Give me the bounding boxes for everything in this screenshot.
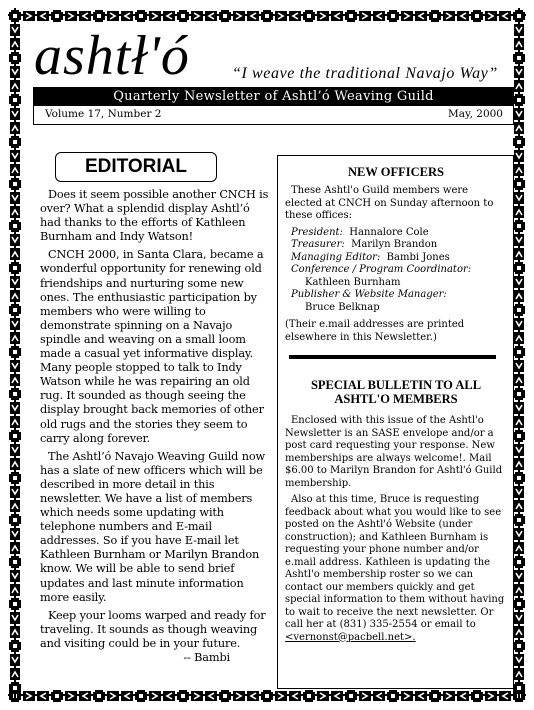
border-motif-icon — [512, 456, 526, 470]
border-motif-icon — [512, 498, 526, 512]
border-motif-icon — [512, 64, 526, 78]
border-motif-icon — [344, 8, 358, 22]
border-motif-icon — [512, 484, 526, 498]
border-motif-icon — [8, 624, 22, 638]
border-motif-icon — [232, 688, 246, 702]
border-motif-icon — [190, 8, 204, 22]
editorial-paragraph: The Ashtl’ó Navajo Weaving Guild now has… — [40, 450, 270, 605]
border-motif-icon — [8, 8, 22, 22]
border-motif-icon — [36, 8, 50, 22]
bulletin-section: SPECIAL BULLETIN TO ALL ASHTL'O MEMBERS … — [285, 378, 507, 648]
border-motif-icon — [372, 8, 386, 22]
border-motif-icon — [148, 8, 162, 22]
border-motif-icon — [134, 688, 148, 702]
new-officers-section: NEW OFFICERS These Ashtl'o Guild members… — [285, 165, 507, 344]
border-motif-icon — [274, 8, 288, 22]
border-motif-icon — [512, 652, 526, 666]
section-divider — [289, 355, 496, 359]
border-motif-icon — [512, 92, 526, 106]
border-motif-icon — [246, 8, 260, 22]
border-motif-icon — [512, 316, 526, 330]
border-motif-icon — [64, 688, 78, 702]
border-motif-icon — [512, 666, 526, 680]
border-motif-icon — [512, 470, 526, 484]
newsletter-title: ashtł'ó — [34, 28, 190, 84]
border-motif-icon — [512, 582, 526, 596]
border-motif-icon — [120, 8, 134, 22]
border-motif-icon — [218, 688, 232, 702]
border-motif-icon — [8, 246, 22, 260]
border-motif-icon — [512, 204, 526, 218]
border-motif-icon — [358, 688, 372, 702]
editorial-heading: EDITORIAL — [55, 152, 217, 182]
border-motif-icon — [316, 688, 330, 702]
issue-info: Volume 17, Number 2 May, 2000 — [33, 106, 514, 125]
border-motif-icon — [330, 688, 344, 702]
border-motif-icon — [218, 8, 232, 22]
border-motif-icon — [414, 8, 428, 22]
border-motif-icon — [512, 302, 526, 316]
border-motif-icon — [512, 638, 526, 652]
border-motif-icon — [512, 512, 526, 526]
border-motif-icon — [512, 610, 526, 624]
new-officers-heading: NEW OFFICERS — [285, 165, 507, 179]
email-link[interactable]: <vernonst@pacbell.net>. — [285, 632, 416, 643]
border-motif-icon — [8, 652, 22, 666]
border-motif-icon — [414, 688, 428, 702]
border-motif-icon — [8, 358, 22, 372]
border-motif-icon — [8, 36, 22, 50]
border-motif-icon — [386, 8, 400, 22]
border-motif-icon — [428, 8, 442, 22]
border-motif-icon — [512, 526, 526, 540]
border-motif-icon — [512, 50, 526, 64]
border-motif-icon — [8, 540, 22, 554]
border-motif-icon — [302, 8, 316, 22]
officer-list: President: Hannalore Cole Treasurer: Mar… — [291, 227, 507, 315]
border-motif-icon — [8, 204, 22, 218]
border-motif-icon — [8, 456, 22, 470]
border-motif-icon — [372, 688, 386, 702]
border-motif-icon — [512, 554, 526, 568]
border-motif-icon — [8, 666, 22, 680]
border-motif-icon — [106, 688, 120, 702]
officer-item: Conference / Program Coordinator:Kathlee… — [291, 264, 507, 289]
border-motif-icon — [512, 22, 526, 36]
border-motif-icon — [484, 8, 498, 22]
border-motif-icon — [512, 372, 526, 386]
border-motif-icon — [22, 8, 36, 22]
border-motif-icon — [512, 344, 526, 358]
border-motif-icon — [512, 400, 526, 414]
border-motif-icon — [176, 688, 190, 702]
border-motif-icon — [8, 260, 22, 274]
border-motif-icon — [498, 8, 512, 22]
border-motif-icon — [134, 8, 148, 22]
border-motif-icon — [50, 688, 64, 702]
border-motif-icon — [8, 414, 22, 428]
border-motif-icon — [8, 64, 22, 78]
officer-item: President: Hannalore Cole — [291, 227, 507, 240]
border-motif-icon — [512, 218, 526, 232]
border-motif-icon — [8, 638, 22, 652]
border-motif-icon — [8, 22, 22, 36]
officer-item: Treasurer: Marilyn Brandon — [291, 239, 507, 252]
editorial-paragraph: Does it seem possible another CNCH is ov… — [40, 188, 270, 244]
border-motif-icon — [512, 358, 526, 372]
border-motif-icon — [120, 688, 134, 702]
border-motif-icon — [176, 8, 190, 22]
border-motif-icon — [512, 78, 526, 92]
border-motif-icon — [512, 246, 526, 260]
border-motif-icon — [8, 302, 22, 316]
border-motif-icon — [288, 688, 302, 702]
bulletin-paragraph: Also at this time, Bruce is requesting f… — [285, 494, 507, 644]
border-motif-icon — [8, 568, 22, 582]
border-motif-icon — [8, 386, 22, 400]
border-motif-icon — [302, 688, 316, 702]
border-motif-icon — [204, 8, 218, 22]
border-motif-icon — [8, 680, 22, 694]
border-motif-icon — [8, 400, 22, 414]
border-motif-icon — [330, 8, 344, 22]
border-motif-icon — [428, 688, 442, 702]
border-motif-icon — [512, 36, 526, 50]
border-motif-icon — [162, 688, 176, 702]
border-motif-icon — [8, 330, 22, 344]
border-motif-icon — [498, 688, 512, 702]
border-motif-icon — [8, 484, 22, 498]
border-motif-icon — [512, 428, 526, 442]
border-motif-icon — [274, 688, 288, 702]
border-motif-icon — [400, 688, 414, 702]
border-motif-icon — [8, 218, 22, 232]
border-motif-icon — [8, 274, 22, 288]
border-motif-icon — [8, 134, 22, 148]
border-motif-icon — [442, 688, 456, 702]
border-motif-icon — [8, 316, 22, 330]
border-motif-icon — [92, 688, 106, 702]
border-motif-icon — [8, 610, 22, 624]
border-motif-icon — [512, 386, 526, 400]
border-motif-icon — [8, 344, 22, 358]
border-motif-icon — [512, 232, 526, 246]
border-motif-icon — [470, 688, 484, 702]
new-officers-note: (Their e.mail addresses are printed else… — [285, 319, 507, 344]
border-motif-icon — [8, 526, 22, 540]
border-motif-icon — [92, 8, 106, 22]
border-motif-icon — [8, 582, 22, 596]
border-motif-icon — [316, 8, 330, 22]
border-motif-icon — [8, 120, 22, 134]
border-motif-icon — [8, 50, 22, 64]
border-motif-icon — [470, 8, 484, 22]
border-motif-icon — [8, 176, 22, 190]
border-motif-icon — [512, 8, 526, 22]
border-motif-icon — [148, 688, 162, 702]
border-motif-icon — [512, 442, 526, 456]
top-border — [8, 8, 526, 22]
border-motif-icon — [162, 8, 176, 22]
border-motif-icon — [8, 512, 22, 526]
border-motif-icon — [484, 688, 498, 702]
border-motif-icon — [8, 78, 22, 92]
border-motif-icon — [386, 688, 400, 702]
border-motif-icon — [78, 8, 92, 22]
border-motif-icon — [190, 688, 204, 702]
border-motif-icon — [8, 596, 22, 610]
border-motif-icon — [260, 8, 274, 22]
border-motif-icon — [36, 688, 50, 702]
border-motif-icon — [512, 162, 526, 176]
border-motif-icon — [78, 688, 92, 702]
border-motif-icon — [456, 8, 470, 22]
border-motif-icon — [288, 8, 302, 22]
border-motif-icon — [8, 288, 22, 302]
border-motif-icon — [8, 148, 22, 162]
border-motif-icon — [22, 688, 36, 702]
border-motif-icon — [512, 624, 526, 638]
bulletin-heading: SPECIAL BULLETIN TO ALL ASHTL'O MEMBERS — [285, 378, 507, 406]
border-motif-icon — [512, 288, 526, 302]
left-border — [8, 8, 22, 702]
border-motif-icon — [512, 274, 526, 288]
border-motif-icon — [512, 148, 526, 162]
border-motif-icon — [512, 330, 526, 344]
border-motif-icon — [512, 540, 526, 554]
border-motif-icon — [8, 106, 22, 120]
border-motif-icon — [8, 498, 22, 512]
bottom-border — [8, 688, 526, 702]
editorial-signature: -- Bambi — [40, 651, 270, 665]
border-motif-icon — [8, 554, 22, 568]
border-motif-icon — [358, 8, 372, 22]
border-motif-icon — [512, 176, 526, 190]
border-motif-icon — [400, 8, 414, 22]
border-motif-icon — [456, 688, 470, 702]
border-motif-icon — [442, 8, 456, 22]
border-motif-icon — [8, 190, 22, 204]
bulletin-paragraph: Enclosed with this issue of the Ashtl'o … — [285, 415, 507, 490]
border-motif-icon — [8, 442, 22, 456]
editorial-paragraph: CNCH 2000, in Santa Clara, became a wond… — [40, 248, 270, 445]
subtitle-bar: Quarterly Newsletter of Ashtl’ó Weaving … — [33, 87, 514, 106]
border-motif-icon — [512, 260, 526, 274]
border-motif-icon — [512, 190, 526, 204]
editorial-body: Does it seem possible another CNCH is ov… — [40, 188, 270, 665]
border-motif-icon — [8, 162, 22, 176]
right-border — [512, 8, 526, 702]
issue-date: May, 2000 — [448, 106, 503, 123]
border-motif-icon — [50, 8, 64, 22]
officer-item: Managing Editor: Bambi Jones — [291, 252, 507, 265]
border-motif-icon — [512, 120, 526, 134]
border-motif-icon — [106, 8, 120, 22]
border-motif-icon — [512, 568, 526, 582]
border-motif-icon — [232, 8, 246, 22]
border-motif-icon — [512, 106, 526, 120]
border-motif-icon — [8, 372, 22, 386]
editorial-paragraph: Keep your looms warped and ready for tra… — [40, 609, 270, 651]
volume-number: Volume 17, Number 2 — [45, 106, 161, 123]
border-motif-icon — [512, 680, 526, 694]
border-motif-icon — [512, 414, 526, 428]
border-motif-icon — [260, 688, 274, 702]
border-motif-icon — [8, 428, 22, 442]
border-motif-icon — [64, 8, 78, 22]
border-motif-icon — [246, 688, 260, 702]
border-motif-icon — [204, 688, 218, 702]
border-motif-icon — [512, 134, 526, 148]
tagline: “I weave the traditional Navajo Way” — [232, 65, 498, 83]
border-motif-icon — [8, 92, 22, 106]
border-motif-icon — [344, 688, 358, 702]
new-officers-intro: These Ashtl'o Guild members were elected… — [285, 185, 507, 223]
officer-item: Publisher & Website Manager:Bruce Belkna… — [291, 289, 507, 314]
border-motif-icon — [8, 232, 22, 246]
border-motif-icon — [512, 596, 526, 610]
border-motif-icon — [8, 470, 22, 484]
